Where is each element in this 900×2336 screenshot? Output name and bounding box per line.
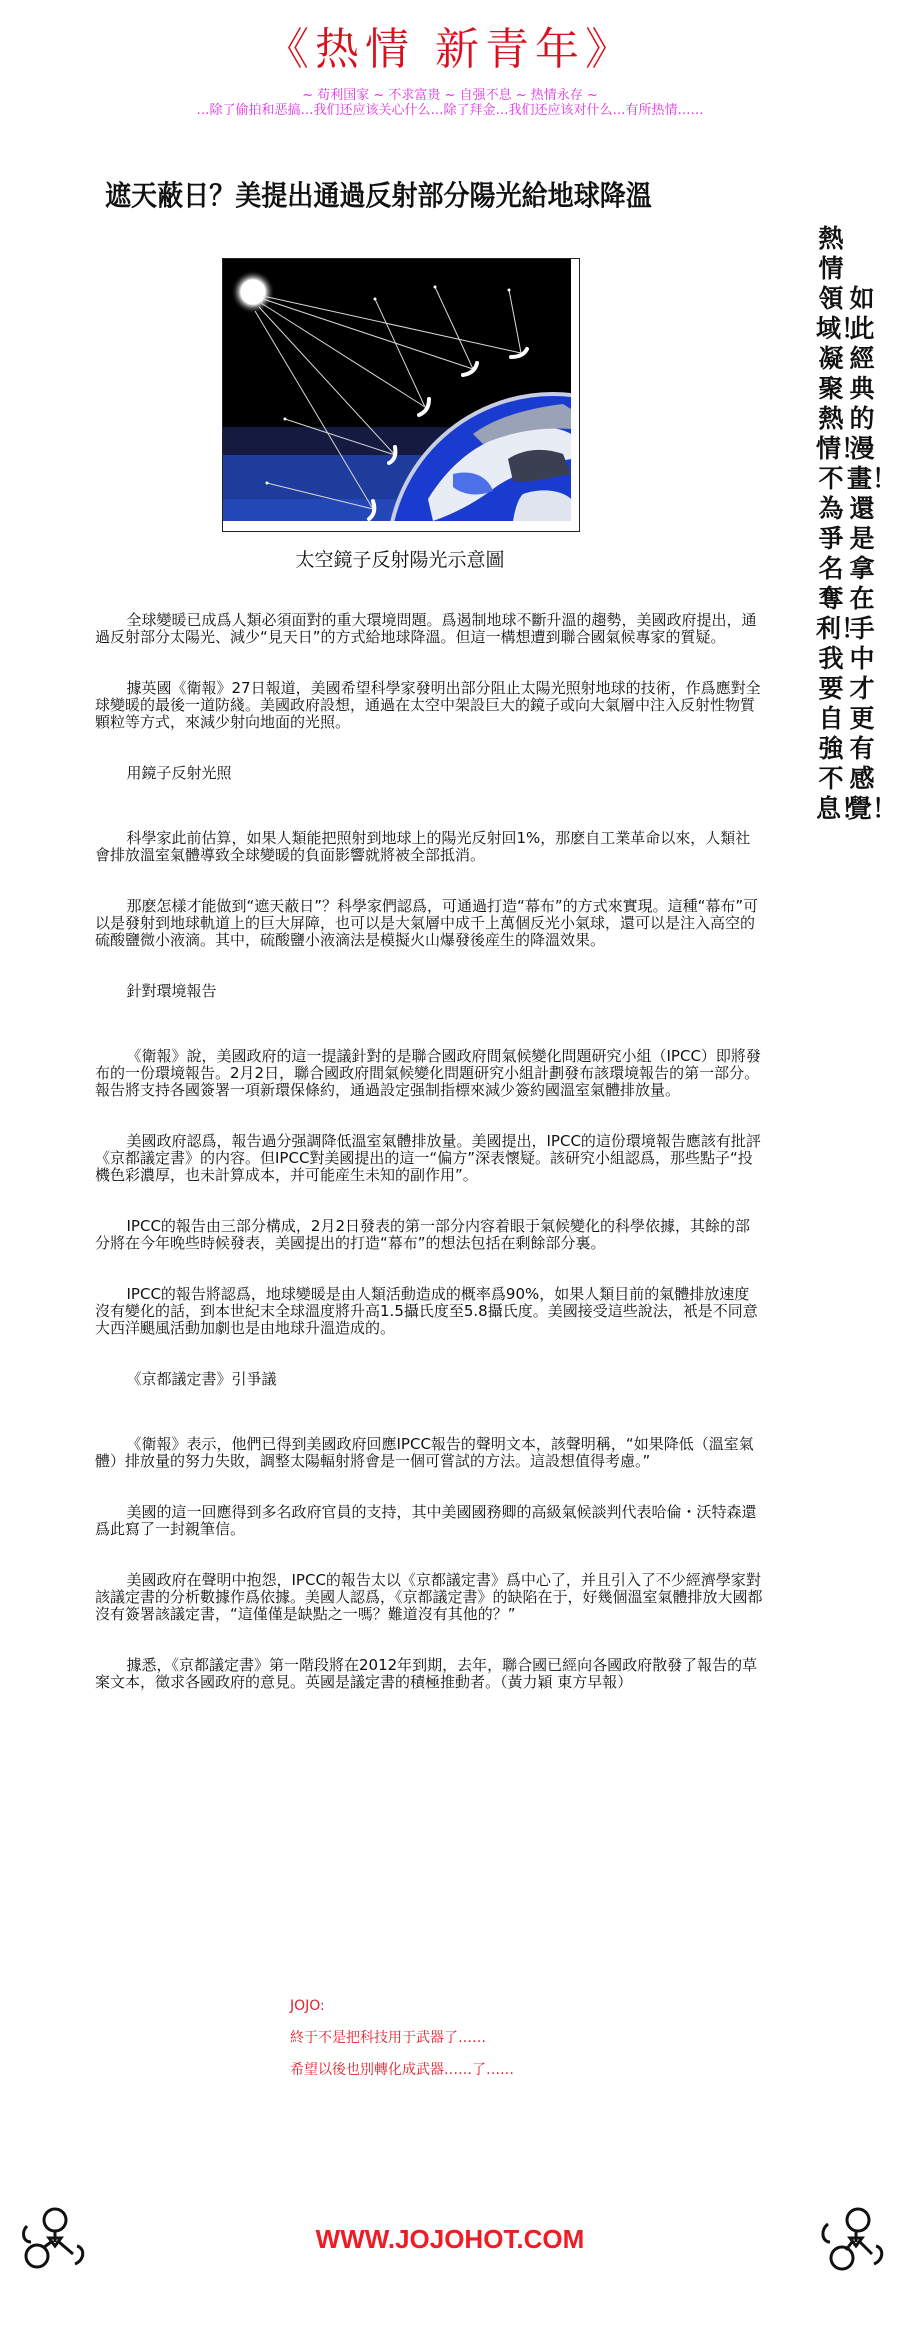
article-subheading: 《京都議定書》引爭議 [95,1371,763,1388]
article-paragraph: 《衛報》表示，他們已得到美國政府回應IPCC報告的聲明文本，該聲明稱，“如果降低… [95,1436,763,1470]
article-paragraph: IPCC的報告由三部分構成，2月2日發表的第一部分内容着眼于氣候變化的科學依據，… [95,1218,763,1252]
figure-caption: 太空鏡子反射陽光示意圖 [222,548,578,572]
tagline-slogan: …除了偷拍和恶搞…我们还应该关心什么…除了拜金…我们还应该对什么…有所热情…… [0,103,900,118]
site-title: 《热情 新青年》 [0,22,900,78]
space-mirrors-illustration-icon [223,259,579,531]
article-paragraph: 科學家此前估算，如果人類能把照射到地球上的陽光反射回1%，那麽自工業革命以來，人… [95,830,763,864]
article-paragraph: 美國政府認爲，報告過分强調降低溫室氣體排放量。美國提出，IPCC的這份環境報告應… [95,1133,763,1184]
sidebar-slogan-column-right: 如此經典的漫畫！還是拿在手中才更有感覺！ [847,284,877,824]
comment-line: 終于不是把科技用于武器了…… [290,2030,690,2046]
article-body: 全球變暖已成爲人類必須面對的重大環境問題。爲遏制地球不斷升溫的趨勢，美國政府提出… [95,612,763,1725]
decorative-knot-icon [812,2198,892,2278]
article-paragraph: 《衛報》說，美國政府的這一提議針對的是聯合國政府間氣候變化問題研究小組（IPCC… [95,1048,763,1099]
article-subheading: 針對環境報告 [95,983,763,1000]
tagline-motto: ~ 苟利国家 ~ 不求富贵 ~ 自强不息 ~ 热情永存 ~ [0,88,900,103]
comment-line: 希望以後也別轉化成武器……了…… [290,2062,690,2078]
article-paragraph: 美國政府在聲明中抱怨，IPCC的報告太以《京都議定書》爲中心了，并且引入了不少經… [95,1572,763,1623]
article-headline: 遮天蔽日？美提出通過反射部分陽光給地球降溫 [105,178,700,214]
article-paragraph: IPCC的報告將認爲，地球變暖是由人類活動造成的概率爲90%，如果人類目前的氣體… [95,1286,763,1337]
article-paragraph: 美國的這一回應得到多名政府官員的支持，其中美國國務卿的高級氣候談判代表哈倫・沃特… [95,1504,763,1538]
site-url-link[interactable]: WWW.JOJOHOT.COM [0,2224,900,2255]
article-paragraph: 據悉，《京都議定書》第一階段將在2012年到期，去年，聯合國已經向各國政府散發了… [95,1657,763,1691]
article-subheading: 用鏡子反射光照 [95,765,763,782]
space-mirrors-diagram [222,258,580,532]
comment-author: JOJO: [290,1998,690,2014]
editor-comment: JOJO: 終于不是把科技用于武器了…… 希望以後也別轉化成武器……了…… [290,1998,690,2094]
sidebar-slogan-column-left: 熱情領域！凝聚熱情！不為爭名奪利！我要自強不息！ [816,224,846,824]
article-paragraph: 全球變暖已成爲人類必須面對的重大環境問題。爲遏制地球不斷升溫的趨勢，美國政府提出… [95,612,763,646]
article-paragraph: 那麽怎樣才能做到“遮天蔽日”？科學家們認爲，可通過打造“幕布”的方式來實現。這種… [95,898,763,949]
article-paragraph: 據英國《衛報》27日報道，美國希望科學家發明出部分阻止太陽光照射地球的技術，作爲… [95,680,763,731]
